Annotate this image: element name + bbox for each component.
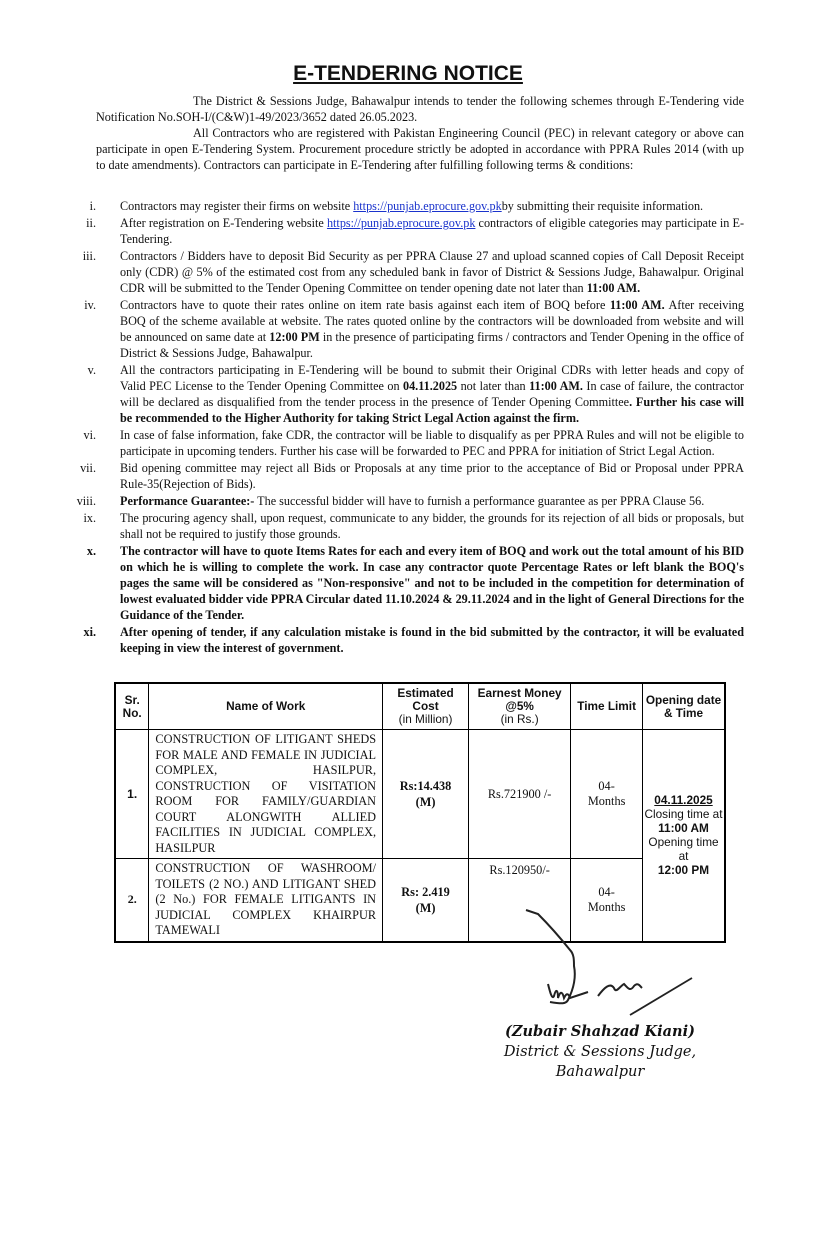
intro-paragraph-2: All Contractors who are registered with … [96, 125, 744, 173]
term-item: vii. Bid opening committee may reject al… [70, 460, 744, 492]
header-limit: Time Limit [571, 683, 643, 730]
term-item: xi. After opening of tender, if any calc… [70, 624, 744, 656]
signatory-name: (Zubair Shahzad Kiani) [470, 1022, 730, 1042]
header-cost: Estimated Cost(in Million) [383, 683, 469, 730]
cell-limit: 04-Months [571, 730, 643, 859]
header-name: Name of Work [149, 683, 383, 730]
table-header-row: Sr. No. Name of Work Estimated Cost(in M… [115, 683, 725, 730]
cell-cost: Rs: 2.419(M) [383, 859, 469, 942]
intro-paragraph-1: The District & Sessions Judge, Bahawalpu… [96, 93, 744, 125]
notice-title: E-TENDERING NOTICE [0, 62, 816, 86]
header-money: Earnest Money @5%(in Rs.) [469, 683, 571, 730]
term-item: ix. The procuring agency shall, upon req… [70, 510, 744, 542]
term-item: iii. Contractors / Bidders have to depos… [70, 248, 744, 296]
intro: The District & Sessions Judge, Bahawalpu… [96, 93, 744, 173]
cell-cost: Rs:14.438(M) [383, 730, 469, 859]
term-item: vi. In case of false information, fake C… [70, 427, 744, 459]
term-item: iv. Contractors have to quote their rate… [70, 297, 744, 361]
signatory-block: (Zubair Shahzad Kiani) District & Sessio… [470, 1022, 730, 1082]
cell-name: CONSTRUCTION OF LITIGANT SHEDS FOR MALE … [149, 730, 383, 859]
term-item: x. The contractor will have to quote Ite… [70, 543, 744, 623]
term-item: v. All the contractors participating in … [70, 362, 744, 426]
eprocure-link[interactable]: https://punjab.eprocure.gov.pk [327, 216, 475, 230]
terms-list: i. Contractors may register their firms … [70, 198, 744, 657]
term-item: viii. Performance Guarantee:- The succes… [70, 493, 744, 509]
cell-sr: 1. [115, 730, 149, 859]
signature-icon [470, 900, 730, 1030]
eprocure-link[interactable]: https://punjab.eprocure.gov.pk [353, 199, 501, 213]
signatory-designation: District & Sessions Judge, [470, 1042, 730, 1062]
table-row: 1. CONSTRUCTION OF LITIGANT SHEDS FOR MA… [115, 730, 725, 859]
cell-name: CONSTRUCTION OF WASHROOM/ TOILETS (2 NO.… [149, 859, 383, 942]
term-item: i. Contractors may register their firms … [70, 198, 744, 214]
header-opening: Opening date & Time [643, 683, 725, 730]
cell-money: Rs.721900 /- [469, 730, 571, 859]
cell-sr: 2. [115, 859, 149, 942]
signatory-location: Bahawalpur [470, 1062, 730, 1082]
header-sr: Sr. No. [115, 683, 149, 730]
term-item: ii. After registration on E-Tendering we… [70, 215, 744, 247]
